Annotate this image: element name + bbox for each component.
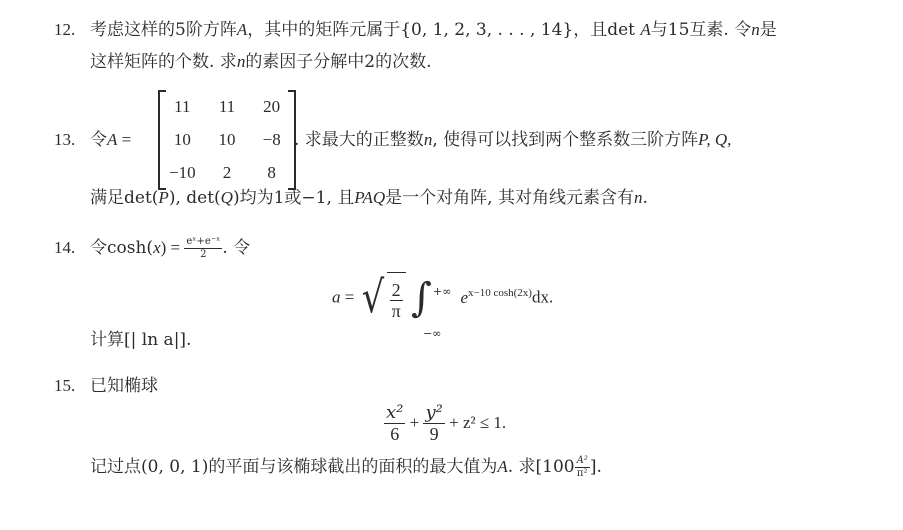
problem-number: 15. [54, 374, 90, 398]
text: 令cosh( [90, 238, 153, 258]
problem-number: 12. [54, 18, 90, 42]
text: )均为1或−1, 且 [233, 188, 354, 208]
math-var: x [153, 238, 161, 257]
problem-13-line-2: 满足det(P), det(Q)均为1或−1, 且PAQ是一个对角阵, 其对角线… [90, 186, 648, 210]
text: = [117, 130, 131, 149]
text: ，其中的矩阵元属于{0, 1, 2, 3, . . . , 14}，且det [247, 20, 640, 40]
cell: 11 [160, 97, 205, 117]
text: 计算[| ln a|]. [90, 330, 191, 350]
text: . [642, 188, 647, 208]
text: . 求[100 [508, 457, 575, 477]
radicand: 2π [387, 272, 406, 325]
math-var: A [497, 457, 507, 476]
numerator: 2 [390, 281, 403, 301]
text: ]. [590, 457, 602, 477]
text: ) = [161, 238, 185, 257]
problem-15-line-3: 记过点(0, 0, 1)的平面与该椭球截出的面积的最大值为A. 求[100A²π… [90, 455, 602, 479]
text: 考虑这样的5阶方阵 [90, 20, 237, 40]
numerator: y² [423, 404, 444, 424]
denominator: 2 [200, 249, 206, 260]
cell: −10 [160, 163, 205, 183]
problem-13-line-1b: . 求最大的正整数n, 使得可以找到两个整系数三阶方阵P, Q, [294, 128, 731, 152]
text: 已知椭球 [90, 376, 158, 396]
text: 与15互素. 令 [651, 20, 751, 40]
text: , 使得可以找到两个整系数三阶方阵 [432, 130, 698, 150]
cosh-fraction: eˣ+e⁻ˣ2 [184, 237, 222, 260]
cell: 10 [205, 130, 250, 150]
text: dx. [532, 288, 553, 307]
cell: −8 [249, 130, 294, 150]
problem-number: 14. [54, 236, 90, 260]
math-var: A [640, 20, 650, 39]
matrix-row: −1028 [160, 156, 294, 189]
text: 满足det( [90, 188, 158, 208]
problem-13-line-1a: 13.令A = [54, 128, 131, 152]
ellipsoid-formula: x²6 + y²9 + z² ≤ 1. [384, 398, 506, 448]
integral-sign: ∫+∞−∞ [411, 273, 441, 323]
problem-15-line-1: 15.已知椭球 [54, 374, 158, 398]
text: 的素因子分解中2的次数. [245, 52, 431, 72]
matrix-row: 1010−8 [160, 123, 294, 156]
numerator: A² [575, 456, 590, 468]
math-var: e [460, 288, 468, 307]
fraction: A²π² [575, 456, 590, 479]
denominator: π [392, 301, 401, 320]
radical-sign: √ [361, 276, 383, 320]
numerator: eˣ+e⁻ˣ [184, 237, 222, 249]
problem-12-line-1: 12.考虑这样的5阶方阵A，其中的矩阵元属于{0, 1, 2, 3, . . .… [54, 18, 777, 42]
denominator: 9 [430, 424, 439, 443]
fraction: y²9 [423, 404, 444, 443]
math-var: A [107, 130, 117, 149]
text: 是 [760, 20, 777, 40]
math-var: P, Q, [698, 130, 731, 149]
text: ), det( [169, 188, 221, 208]
math-var: A [237, 20, 247, 39]
sqrt: √2π [359, 272, 406, 325]
text: . 令 [222, 238, 250, 258]
math-var: n [751, 20, 760, 39]
denominator: π² [577, 468, 588, 479]
cell: 2 [205, 163, 250, 183]
math-var: Q [221, 188, 233, 207]
text: 是一个对角阵, 其对角线元素含有 [385, 188, 634, 208]
problem-number: 13. [54, 128, 90, 152]
text: 记过点(0, 0, 1)的平面与该椭球截出的面积的最大值为 [90, 457, 497, 477]
math-var: PAQ [354, 188, 385, 207]
text: + [405, 413, 423, 432]
lower-limit: −∞ [423, 309, 441, 359]
cell: 8 [249, 163, 294, 183]
cell: 11 [205, 97, 250, 117]
text: . 求最大的正整数 [294, 130, 424, 150]
exponent: x−10 cosh(2x) [468, 287, 532, 299]
text: = [341, 288, 359, 307]
cell: 10 [160, 130, 205, 150]
integral-formula: a = √2π ∫+∞−∞ ex−10 cosh(2x)dx. [332, 268, 553, 325]
text: + z² ≤ 1. [445, 413, 506, 432]
fraction: x²6 [384, 404, 405, 443]
matrix-A: 111120 1010−8 −1028 [158, 90, 296, 190]
denominator: 6 [390, 424, 399, 443]
math-var: a [332, 288, 341, 307]
matrix-row: 111120 [160, 90, 294, 123]
cell: 20 [249, 97, 294, 117]
problem-12-line-2: 这样矩阵的个数. 求n的素因子分解中2的次数. [90, 50, 432, 74]
text: 这样矩阵的个数. 求 [90, 52, 237, 72]
fraction: 2π [390, 281, 403, 320]
math-var: P [158, 188, 168, 207]
text: 令 [90, 130, 107, 150]
problem-14-line-3: 计算[| ln a|]. [90, 328, 191, 352]
numerator: x² [384, 404, 405, 424]
problem-14-line-1: 14.令cosh(x) = eˣ+e⁻ˣ2. 令 [54, 236, 250, 260]
